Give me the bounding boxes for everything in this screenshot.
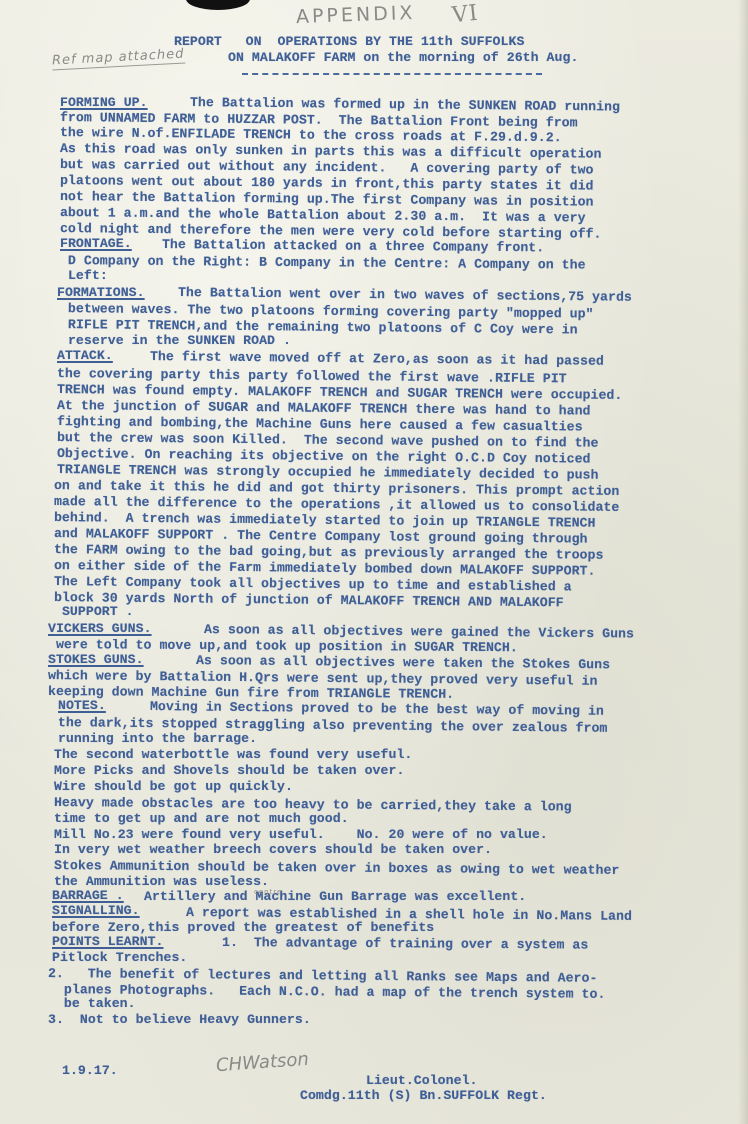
text-line: SUPPORT . xyxy=(54,604,134,619)
section-heading: STOKES GUNS. xyxy=(48,652,144,667)
text-line: Left: xyxy=(60,268,108,283)
title-underline-rule xyxy=(242,73,542,75)
text-line: The second waterbottle was found very us… xyxy=(54,747,412,762)
text-line: reserve in the SUNKEN ROAD . xyxy=(60,333,291,348)
section-heading: FORMATIONS. xyxy=(57,285,145,300)
text-line: 3. Not to believe Heavy Gunners. xyxy=(48,1012,311,1027)
text-line: running into the barrage. xyxy=(50,731,257,746)
page-edge-shadow xyxy=(738,0,748,1124)
handwritten-signature: CHWatson xyxy=(215,1049,309,1076)
text-line: be taken. xyxy=(48,996,136,1011)
text-line: Artillery and Machine Gun Barrage was ex… xyxy=(144,889,526,904)
ref-map-note: Ref map attached xyxy=(52,47,185,71)
text-line: the Ammunition was useless. xyxy=(54,874,269,889)
handwritten-centre-note: centre xyxy=(254,888,282,896)
section-heading: NOTES. xyxy=(58,698,106,713)
title-line-1: REPORT ON OPERATIONS BY THE 11th SUFFOLK… xyxy=(174,34,524,49)
signatory-unit: Comdg.11th (S) Bn.SUFFOLK Regt. xyxy=(300,1088,547,1103)
section-heading: FORMING UP. xyxy=(60,95,148,110)
section-heading: BARRAGE . xyxy=(52,888,124,903)
text-line: 1. The advantage of training over a syst… xyxy=(222,935,588,953)
text-line: Pitlock Trenches. xyxy=(52,950,187,965)
text-line: D Company on the Right: B Company in the… xyxy=(60,253,586,273)
text-line: The first wave moved off at Zero,as soon… xyxy=(150,349,604,369)
section-heading: VICKERS GUNS. xyxy=(48,621,152,636)
text-line: Mill No.23 were found very useful. No. 2… xyxy=(54,827,548,842)
text-line: time to get up and are not much good. xyxy=(54,811,349,826)
text-line: The Battalion went over in two waves of … xyxy=(178,285,632,305)
report-date: 1.9.17. xyxy=(62,1063,118,1078)
section-heading: ATTACK. xyxy=(57,348,113,363)
appendix-label: APPENDIX xyxy=(296,2,416,28)
text-line: Wire should be got up quickly. xyxy=(54,779,293,794)
text-line: The Battalion attacked on a three Compan… xyxy=(162,237,544,255)
appendix-number: VI xyxy=(451,1,480,29)
text-line: In very wet weather breech covers should… xyxy=(54,842,492,857)
signatory-rank: Lieut.Colonel. xyxy=(366,1073,478,1088)
section-heading: POINTS LEARNT. xyxy=(52,934,164,949)
document-page: APPENDIX VI Ref map attached REPORT ON O… xyxy=(0,0,748,1124)
section-heading: FRONTAGE. xyxy=(60,236,132,251)
text-line: More Picks and Shovels should be taken o… xyxy=(54,763,404,778)
text-line: before Zero,this proved the greatest of … xyxy=(52,920,434,935)
section-heading: SIGNALLING. xyxy=(52,903,140,918)
title-line-2: ON MALAKOFF FARM on the morning of 26th … xyxy=(228,50,578,65)
punch-hole xyxy=(186,0,250,10)
